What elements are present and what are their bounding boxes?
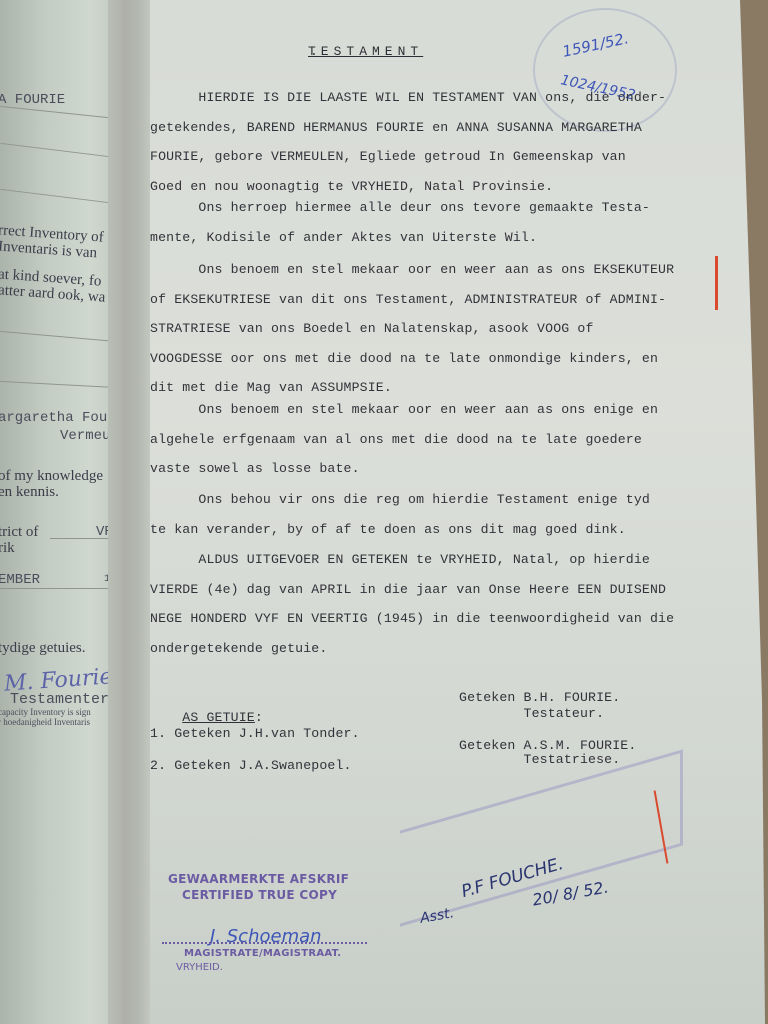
paragraph-6-line: VIERDE (4e) dag van APRIL in die jaar va… — [150, 582, 666, 598]
paragraph-1-line: HIERDIE IS DIE LAASTE WIL EN TESTAMENT V… — [150, 90, 666, 106]
paragraph-6-line: NEGE HONDERD VYF EN VEERTIG (1945) in di… — [150, 611, 674, 627]
paragraph-3-line: dit met die Mag van ASSUMPSIE. — [150, 380, 392, 396]
certified-stamp-line1: GEWAARMERKTE AFSKRIF — [168, 872, 349, 886]
witness-heading: AS GETUIE — [182, 710, 255, 725]
paragraph-1-line: Goed en nou woonagtig te VRYHEID, Natal … — [150, 179, 553, 195]
paragraph-3-line: STRATRIESE van ons Boedel en Nalatenskap… — [150, 321, 594, 337]
left-rule — [0, 189, 117, 204]
book-gutter — [108, 0, 150, 1024]
signature-dotted-line — [162, 942, 367, 944]
left-rule — [50, 538, 112, 539]
magistrate-place: VRYHEID. — [176, 962, 223, 973]
left-rule — [0, 588, 112, 589]
left-capacity-af: r hoedanigheid Inventaris — [0, 717, 90, 727]
certified-stamp-line2: CERTIFIED TRUE COPY — [182, 888, 337, 902]
paragraph-4-line: Ons benoem en stel mekaar oor en weer aa… — [150, 402, 658, 418]
red-margin-mark — [715, 256, 718, 310]
left-name-fragment: A FOURIE — [0, 92, 65, 108]
left-district-en: trict of — [0, 524, 38, 540]
faded-round-stamp — [533, 8, 677, 132]
left-signer-maiden: Vermeu — [60, 428, 110, 444]
magistrate-label: MAGISTRATE/MAGISTRAAT. — [184, 948, 341, 959]
left-testamenter: Testamenter — [10, 692, 109, 708]
paragraph-1-line: getekendes, BAREND HERMANUS FOURIE en AN… — [150, 120, 642, 136]
left-knowledge-af: en kennis. — [0, 484, 59, 500]
paragraph-3-line: Ons benoem en stel mekaar oor en weer aa… — [150, 262, 674, 278]
left-witnesses: tydige getuies. — [0, 640, 85, 656]
left-rule — [0, 381, 118, 388]
left-rule — [0, 143, 117, 158]
paragraph-3-line: VOOGDESSE oor ons met die dood na te lat… — [150, 351, 658, 367]
signatory-1-line: Geteken B.H. FOURIE. — [459, 690, 620, 706]
paragraph-2-line: mente, Kodisile of ander Aktes van Uiter… — [150, 230, 537, 246]
paragraph-2-line: Ons herroep hiermee alle deur ons tevore… — [150, 200, 650, 216]
paragraph-1-line: FOURIE, gebore VERMEULEN, Egliede getrou… — [150, 149, 626, 165]
witness-1: 1. Geteken J.H.van Tonder. — [150, 726, 360, 742]
paragraph-4-line: vaste sowel as losse bate. — [150, 461, 360, 477]
signatory-2-role: Testatriese. — [459, 752, 620, 768]
paragraph-6-line: ondergetekende getuie. — [150, 641, 327, 657]
witness-2: 2. Geteken J.A.Swanepoel. — [150, 758, 352, 774]
document-title: TESTAMENT — [308, 44, 423, 59]
left-district-af: rik — [0, 540, 15, 556]
left-month-value: EMBER — [0, 572, 40, 588]
left-knowledge-en: of my knowledge — [0, 468, 103, 484]
paragraph-3-line: of EKSEKUTRIESE van dit ons Testament, A… — [150, 292, 666, 308]
paragraph-5-line: te kan verander, by of af te doen as ons… — [150, 522, 626, 538]
witness-heading-colon: : — [255, 710, 263, 725]
left-capacity-en: capacity Inventory is sign — [0, 707, 91, 717]
paragraph-6-line: ALDUS UITGEVOER EN GETEKEN te VRYHEID, N… — [150, 552, 650, 568]
paragraph-5-line: Ons behou vir ons die reg om hierdie Tes… — [150, 492, 650, 508]
left-facing-page: A FOURIE rrect Inventory of Inventaris i… — [0, 0, 150, 1024]
left-rule — [0, 331, 118, 342]
paragraph-4-line: algehele erfgenaam van al ons met die do… — [150, 432, 642, 448]
testament-page: TESTAMENT . 1591/52. 1024/1952 HIERDIE I… — [150, 0, 765, 1024]
signatory-1-role: Testateur. — [459, 706, 604, 722]
title-period: . — [310, 44, 318, 60]
